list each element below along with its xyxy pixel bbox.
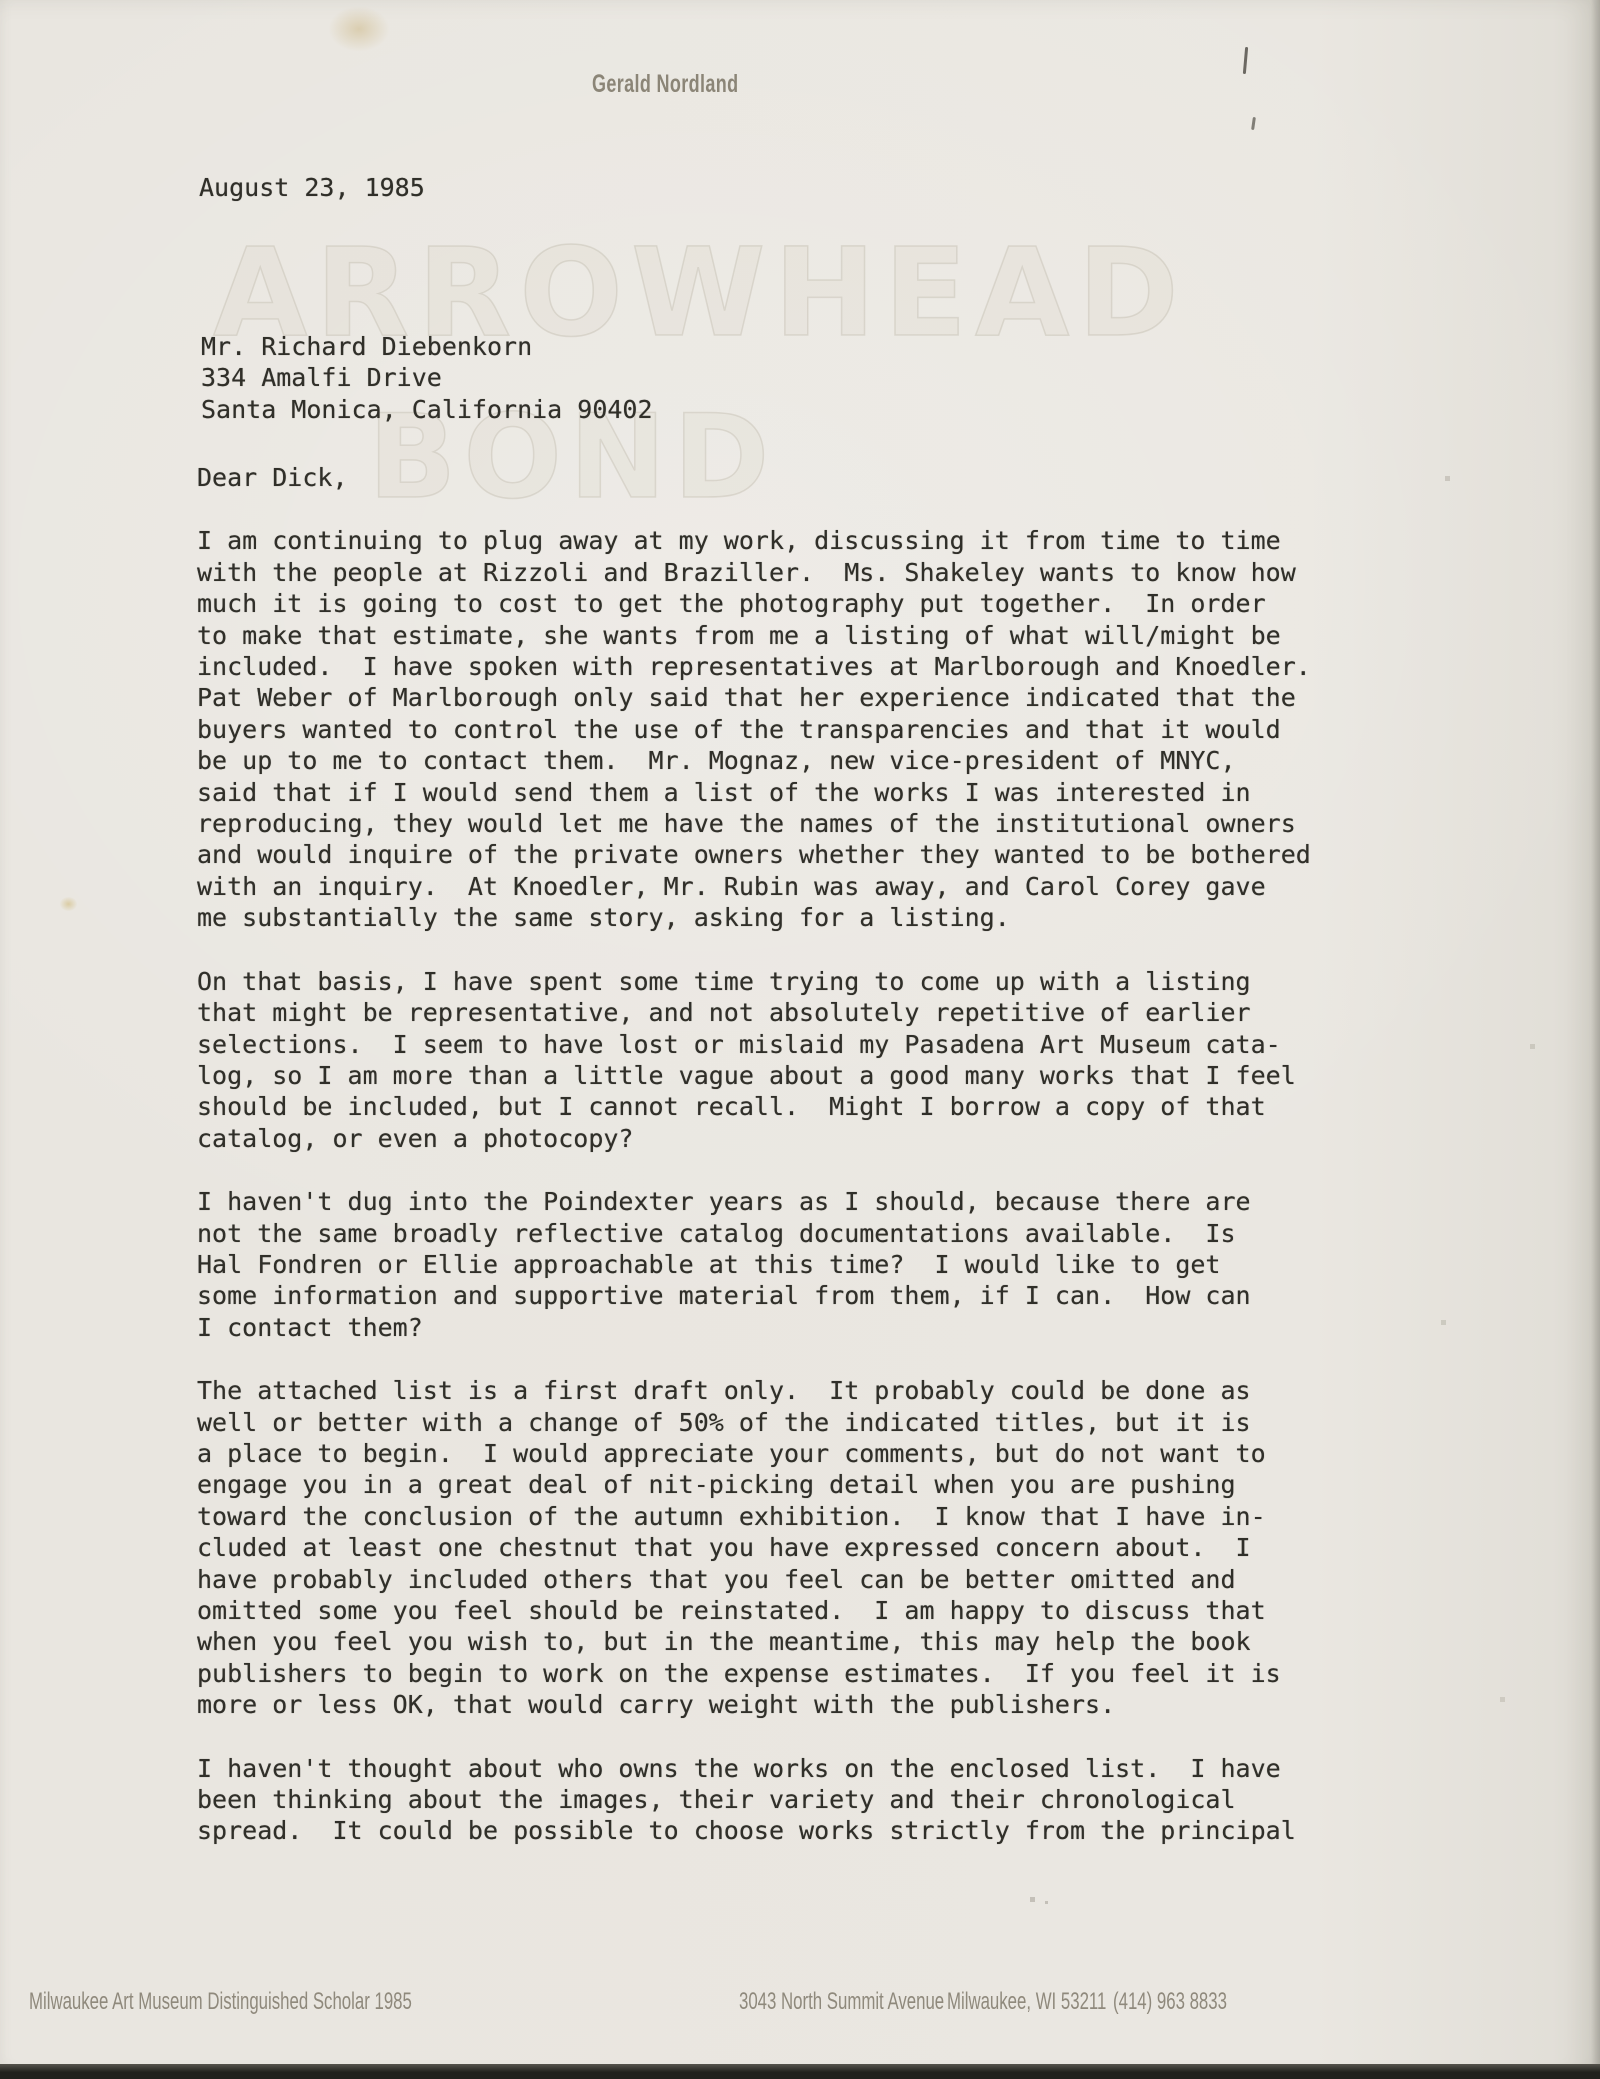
recipient-street: 334 Amalfi Drive [201,362,653,393]
letter-body: Dear Dick, I am continuing to plug away … [197,462,1422,1879]
footer-title: Milwaukee Art Museum Distinguished Schol… [29,1988,412,2016]
recipient-city: Santa Monica, California 90402 [201,394,653,425]
scan-edge-bottom [0,2064,1600,2079]
paragraph-3: I haven't dug into the Poindexter years … [197,1186,1422,1343]
letter-date: August 23, 1985 [199,172,425,203]
footer-city-state-zip: Milwaukee, WI 53211 [947,1988,1106,2016]
salutation: Dear Dick, [197,462,1422,493]
scan-specks [0,0,1,1]
recipient-address-block: Mr. Richard Diebenkorn 334 Amalfi Drive … [201,331,653,425]
footer-phone-number: (414) 963 8833 [1113,1988,1227,2016]
paper-stain-top [328,6,390,52]
scan-artifact-mark [1251,117,1256,130]
recipient-name: Mr. Richard Diebenkorn [201,331,653,362]
scan-artifact-mark [1243,47,1248,74]
paragraph-1: I am continuing to plug away at my work,… [197,525,1422,933]
paragraph-5: I haven't thought about who owns the wor… [197,1753,1422,1847]
footer-street-address: 3043 North Summit Avenue [739,1988,944,2016]
paragraph-4: The attached list is a first draft only.… [197,1375,1422,1720]
scan-edge-right [1591,0,1600,2079]
letterhead-name: Gerald Nordland [592,70,738,99]
paper-stain-left [60,897,77,911]
paragraph-2: On that basis, I have spent some time tr… [197,966,1422,1154]
letterhead-footer: Milwaukee Art Museum Distinguished Schol… [0,1988,1600,2024]
letter-page: ARROWHEAD BOND Gerald Nordland August 23… [0,0,1600,2079]
